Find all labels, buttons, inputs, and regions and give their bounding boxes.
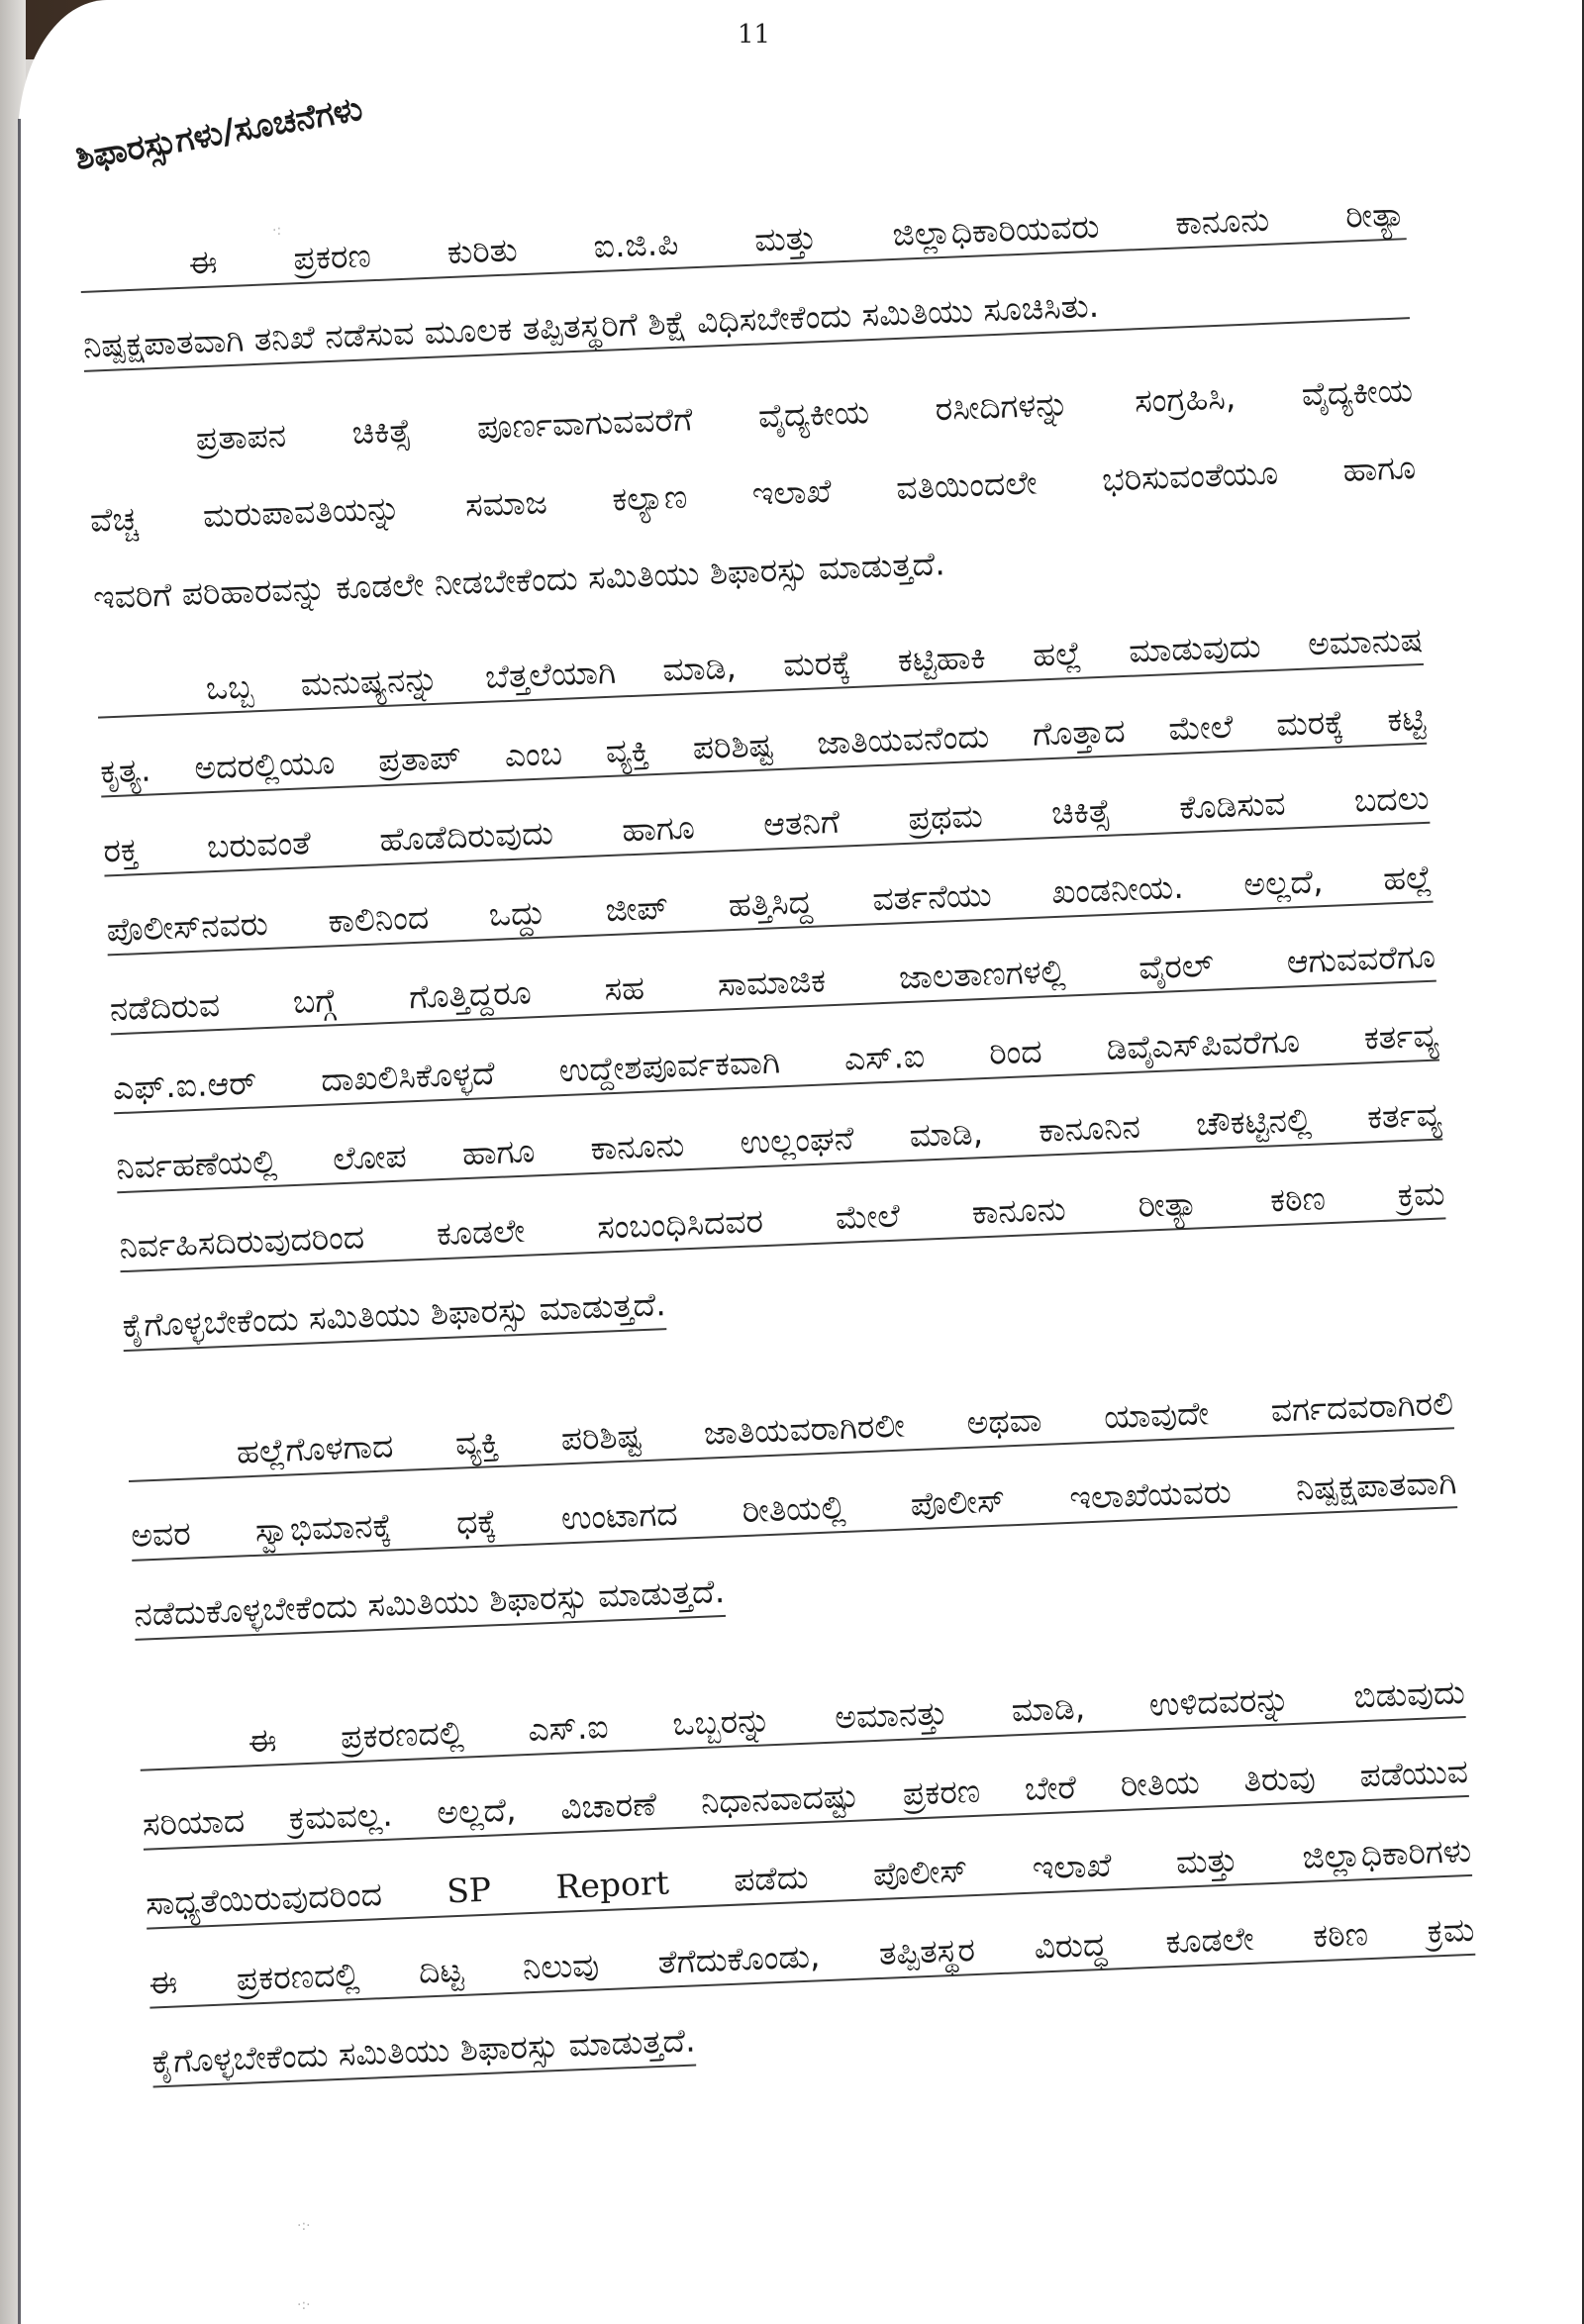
text-line: ನಿರ್ವಹಣೆಯಲ್ಲಿ ಲೋಪ ಹಾಗೂ ಕಾನೂನು ಉಲ್ಲಂಘನೆ ಮ… bbox=[116, 1094, 1443, 1193]
page-border-line bbox=[18, 119, 21, 2324]
scan-speck: ·:· bbox=[297, 2297, 309, 2317]
text-line: ರಕ್ತ ಬರುವಂತೆ ಹೊಡೆದಿರುವುದು ಹಾಗೂ ಆತನಿಗೆ ಪ್… bbox=[103, 778, 1431, 877]
text-line: ಹಲ್ಲೆಗೊಳಗಾದ ವ್ಯಕ್ತಿ ಪರಿಶಿಷ್ಟ ಜಾತಿಯವರಾಗಿರ… bbox=[127, 1383, 1454, 1482]
document-body: ಈ ಪ್ರಕರಣ ಕುರಿತು ಐ.ಜಿ.ಪಿ ಮತ್ತು ಜಿಲ್ಲಾಧಿಕಾ… bbox=[79, 194, 1482, 2172]
text-line: ಎಫ್.ಐ.ಆರ್ ದಾಖಲಿಸಿಕೊಳ್ಳದೆ ಉದ್ದೇಶಪೂರ್ವಕವಾಗ… bbox=[112, 1016, 1439, 1115]
text-line: ಕೈಗೊಳ್ಳಬೇಕೆಂದು ಸಮಿತಿಯು ಶಿಫಾರಸ್ಸು ಮಾಡುತ್ತ… bbox=[122, 1284, 667, 1352]
text-line: ನಡೆದಿರುವ ಬಗ್ಗೆ ಗೊತ್ತಿದ್ದರೂ ಸಹ ಸಾಮಾಜಿಕ ಜಾ… bbox=[109, 937, 1436, 1036]
text-line: ಸರಿಯಾದ ಕ್ರಮವಲ್ಲ. ಅಲ್ಲದೆ, ವಿಚಾರಣೆ ನಿಧಾನವಾ… bbox=[142, 1752, 1469, 1851]
text-line: ಅವರ ಸ್ವಾಭಿಮಾನಕ್ಕೆ ಧಕ್ಕೆ ಉಂಟಾಗದ ರೀತಿಯಲ್ಲಿ… bbox=[130, 1463, 1457, 1562]
scan-speck: ·: bbox=[272, 223, 284, 243]
paragraph-3: ಒಬ್ಬ ಮನುಷ್ಯನನ್ನು ಬೆತ್ತಲೆಯಾಗಿ ಮಾಡಿ, ಮರಕ್ಕ… bbox=[96, 620, 1450, 1385]
text-line: ಈ ಪ್ರಕರಣದಲ್ಲಿ ದಿಟ್ಟ ನಿಲುವು ತೆಗೆದುಕೊಂಡು, … bbox=[148, 1910, 1476, 2009]
text-line: ವೆಚ್ಚ ಮರುಪಾವತಿಯನ್ನು ಸಮಾಜ ಕಲ್ಯಾಣ ಇಲಾಖೆ ವತ… bbox=[89, 448, 1417, 545]
text-line: ಈ ಪ್ರಕರಣದಲ್ಲಿ ಎಸ್.ಐ ಒಬ್ಬರನ್ನು ಅಮಾನತ್ತು ಮ… bbox=[139, 1672, 1466, 1771]
text-line: ಇವರಿಗೆ ಪರಿಹಾರವನ್ನು ಕೂಡಲೇ ನೀಡಬೇಕೆಂದು ಸಮಿತ… bbox=[92, 525, 1420, 622]
text-line: ನಡೆದುಕೊಳ್ಳಬೇಕೆಂದು ಸಮಿತಿಯು ಶಿಫಾರಸ್ಸು ಮಾಡು… bbox=[134, 1571, 726, 1641]
scan-speck: ·:· bbox=[297, 2218, 309, 2238]
text-line: ಪೊಲೀಸ್‌ನವರು ಕಾಲಿನಿಂದ ಒದ್ದು ಜೀಪ್ ಹತ್ತಿಸಿದ… bbox=[106, 858, 1434, 957]
paragraph-2: ಪ್ರತಾಪನ ಚಿಕಿತ್ಸೆ ಪೂರ್ಣವಾಗುವವರೆಗೆ ವೈದ್ಯಕೀ… bbox=[86, 370, 1420, 622]
text-line: ಒಬ್ಬ ಮನುಷ್ಯನನ್ನು ಬೆತ್ತಲೆಯಾಗಿ ಮಾಡಿ, ಮರಕ್ಕ… bbox=[96, 620, 1424, 719]
text-line: ಕೃತ್ಯ. ಅದರಲ್ಲಿಯೂ ಪ್ರತಾಪ್ ಎಂಬ ವ್ಯಕ್ತಿ ಪರಿ… bbox=[99, 699, 1427, 798]
latin-text: SP Report bbox=[445, 1863, 669, 1910]
text-line: ನಿಷ್ಪಕ್ಷಪಾತವಾಗಿ ತನಿಖೆ ನಡೆಸುವ ಮೂಲಕ ತಪ್ಪಿತ… bbox=[82, 273, 1410, 372]
text-line: ಕೈಗೊಳ್ಳಬೇಕೆಂದು ಸಮಿತಿಯು ಶಿಫಾರಸ್ಸು ಮಾಡುತ್ತ… bbox=[151, 2020, 697, 2087]
paragraph-4: ಹಲ್ಲೆಗೊಳಗಾದ ವ್ಯಕ್ತಿ ಪರಿಶಿಷ್ಟ ಜಾತಿಯವರಾಗಿರ… bbox=[127, 1383, 1462, 1674]
paragraph-5: ಈ ಪ್ರಕರಣದಲ್ಲಿ ಎಸ್.ಐ ಒಬ್ಬರನ್ನು ಅಮಾನತ್ತು ಮ… bbox=[139, 1672, 1480, 2121]
page-number: 11 bbox=[738, 20, 770, 50]
text-line: ಸಾಧ್ಯತೆಯಿರುವುದರಿಂದ SP Report ಪಡೆದು ಪೊಲೀಸ… bbox=[145, 1831, 1472, 1930]
text-line: ನಿರ್ವಹಿಸದಿರುವುದರಿಂದ ಕೂಡಲೇ ಸಂಬಂಧಿಸಿದವರ ಮೇ… bbox=[119, 1173, 1446, 1272]
text-line: ಪ್ರತಾಪನ ಚಿಕಿತ್ಸೆ ಪೂರ್ಣವಾಗುವವರೆಗೆ ವೈದ್ಯಕೀ… bbox=[86, 370, 1414, 467]
